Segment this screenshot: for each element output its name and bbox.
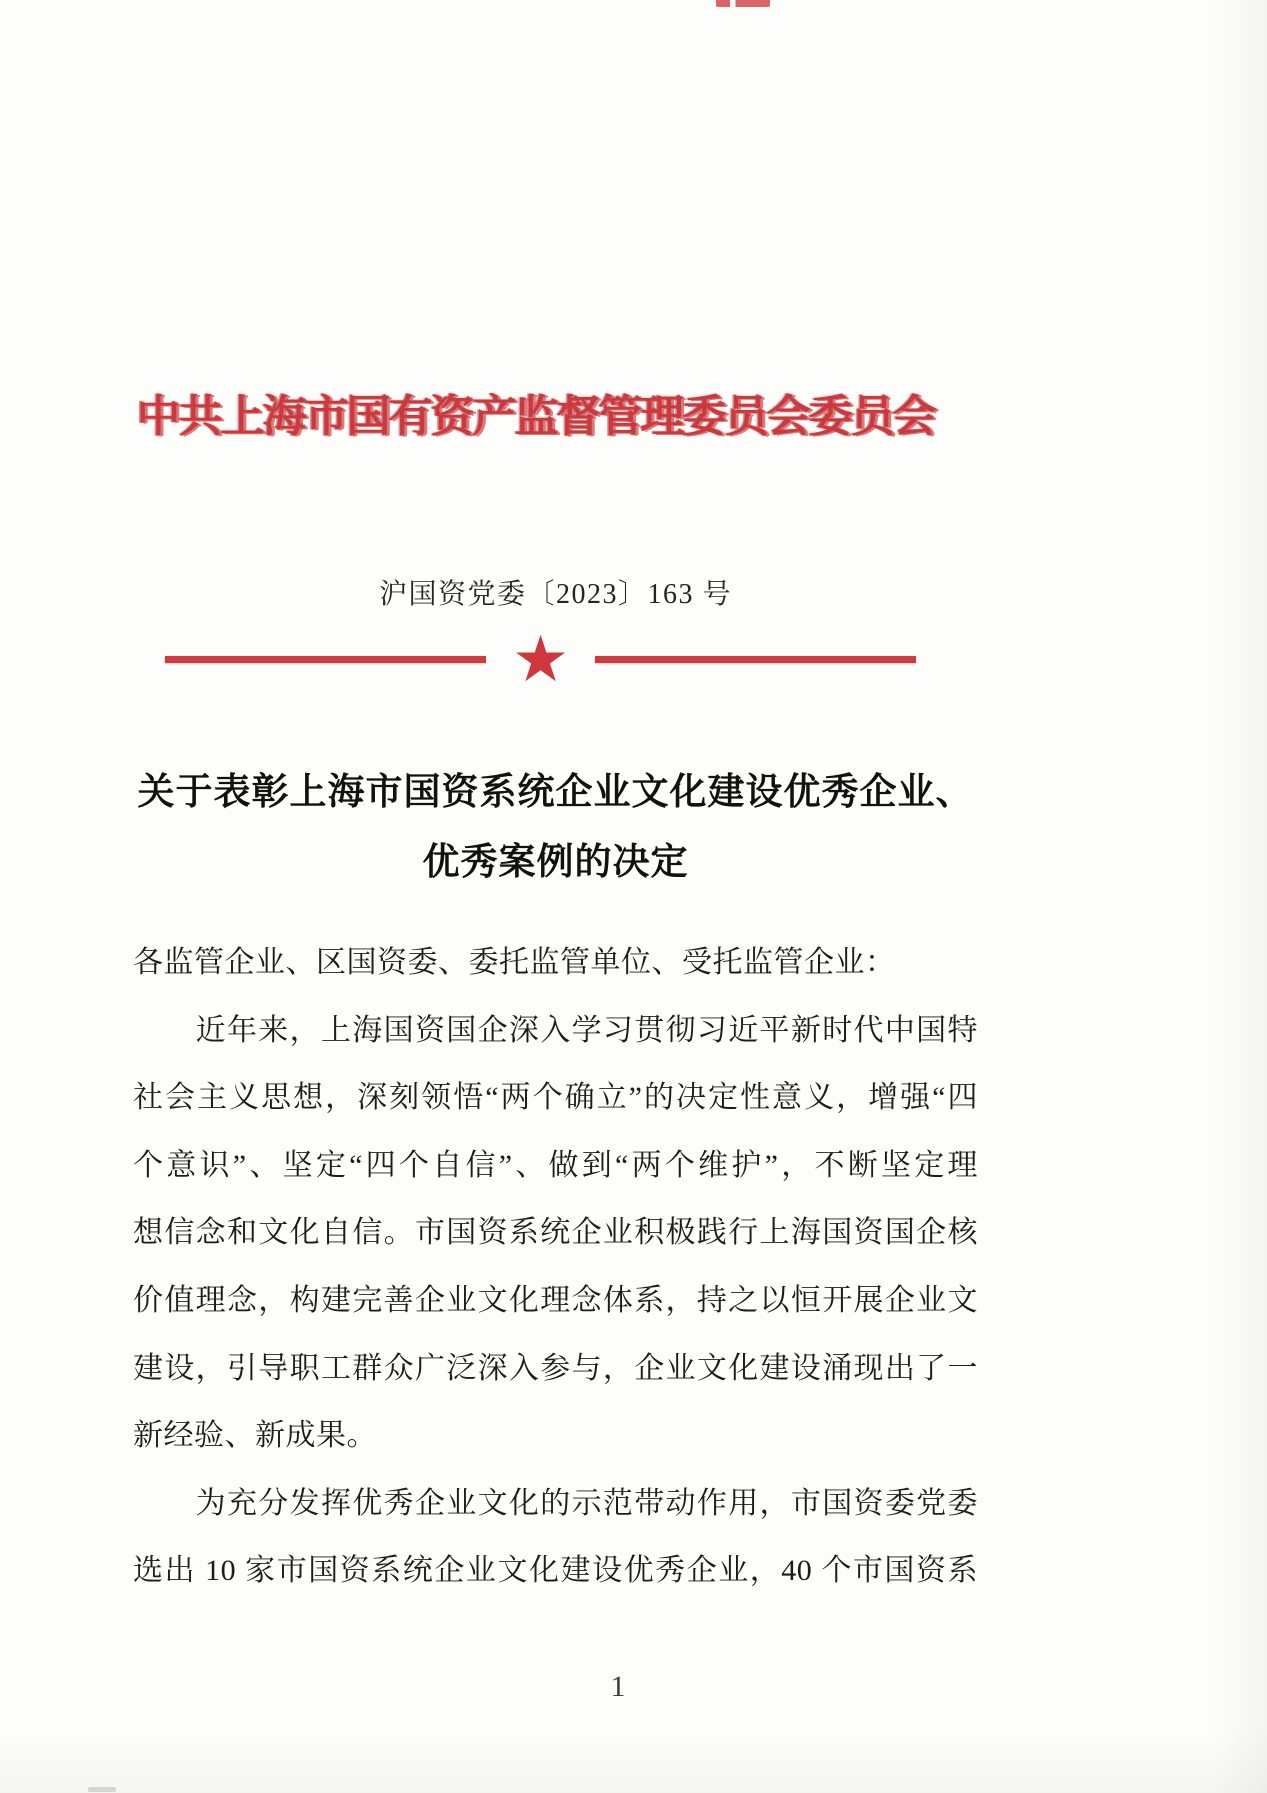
document-content: 中共上海市国有资产监督管理委员会委员会 沪国资党委〔2023〕163 号 ★ 关… [133,0,978,1793]
star-icon: ★ [512,628,569,692]
body-text-line: 社会主义思想，深刻领悟“两个确立”的决定性意义，增强“四 [133,1064,978,1132]
body-text-line: 新经验、新成果。 [133,1402,978,1470]
document-body: 各监管企业、区国资委、委托监管单位、受托监管企业： 近年来，上海国资国企深入学习… [133,929,978,1605]
scanned-document-page: 中共上海市国有资产监督管理委员会委员会 沪国资党委〔2023〕163 号 ★ 关… [0,0,1267,1793]
body-text-line: 为充分发挥优秀企业文化的示范带动作用，市国资委党委评 [133,1470,978,1538]
page-number: 1 [558,1670,678,1704]
divider-line-left [165,656,486,663]
body-text-line: 想信念和文化自信。市国资系统企业积极践行上海国资国企核心 [133,1199,978,1267]
scan-artifact-bottom [88,1787,116,1792]
body-salutation-line: 各监管企业、区国资委、委托监管单位、受托监管企业： [133,929,978,997]
document-number: 沪国资党委〔2023〕163 号 [133,572,978,612]
body-text-line: 价值理念，构建完善企业文化理念体系，持之以恒开展企业文化 [133,1267,978,1335]
body-text-line: 个意识”、坚定“四个自信”、做到“两个维护”，不断坚定理 [133,1132,978,1200]
document-title-line1: 关于表彰上海市国资系统企业文化建设优秀企业、 [133,758,978,828]
document-title: 关于表彰上海市国资系统企业文化建设优秀企业、 优秀案例的决定 [133,758,978,898]
issuing-org-title: 中共上海市国有资产监督管理委员会委员会 [113,380,958,444]
red-divider: ★ [165,626,916,692]
document-title-line2: 优秀案例的决定 [133,828,978,898]
body-text-line: 近年来，上海国资国企深入学习贯彻习近平新时代中国特色 [133,997,978,1065]
body-text-line: 选出 10 家市国资系统企业文化建设优秀企业，40 个市国资系统 [133,1537,978,1605]
divider-line-right [595,656,916,663]
body-text-line: 建设，引导职工群众广泛深入参与，企业文化建设涌现出了一批 [133,1335,978,1403]
